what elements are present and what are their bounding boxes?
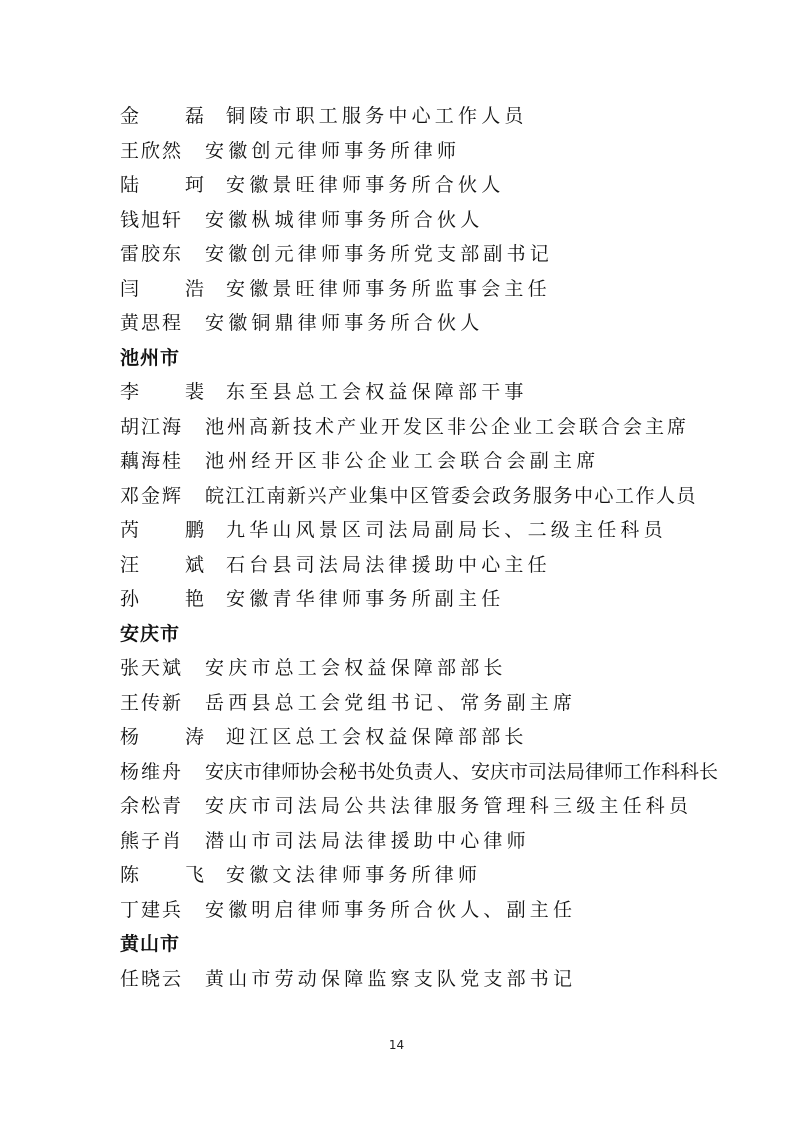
position-description: 石台县司法局法律援助中心主任 [226,548,551,583]
list-item: 黄思程安徽铜鼎律师事务所合伙人 [120,306,720,341]
position-description: 黄山市劳动保障监察支队党支部书记 [205,962,576,997]
person-name-char: 金 [120,99,140,134]
position-description: 岳西县总工会党组书记、常务副主席 [205,686,576,721]
position-description: 安徽枞城律师事务所合伙人 [205,203,483,238]
person-name-char: 孙 [120,582,140,617]
list-item: 丁建兵安徽明启律师事务所合伙人、副主任 [120,893,720,928]
position-description: 安徽明启律师事务所合伙人、副主任 [205,893,576,928]
list-item: 钱旭轩安徽枞城律师事务所合伙人 [120,203,720,238]
person-name: 杨维舟 [120,755,205,790]
person-name: 张天斌 [120,651,205,686]
position-description: 安徽景旺律师事务所监事会主任 [226,272,551,307]
person-name-char: 飞 [185,858,205,893]
list-item: 杨维舟安庆市律师协会秘书处负责人、安庆市司法局律师工作科科长 [120,755,720,790]
person-name-char: 涛 [185,720,205,755]
region-heading: 池州市 [120,341,720,376]
position-description: 安庆市司法局公共法律服务管理科三级主任科员 [205,789,692,824]
person-name-char: 闫 [120,272,140,307]
list-item: 陈飞安徽文法律师事务所律师 [120,858,720,893]
position-description: 安徽铜鼎律师事务所合伙人 [205,306,483,341]
position-description: 铜陵市职工服务中心工作人员 [226,99,528,134]
person-name: 王传新 [120,686,205,721]
person-name-char: 鹏 [185,513,205,548]
person-name: 邓金辉 [120,479,205,514]
person-name: 任晓云 [120,962,205,997]
list-item: 胡江海池州高新技术产业开发区非公企业工会联合会主席 [120,410,720,445]
person-name-char: 芮 [120,513,140,548]
position-description: 安徽景旺律师事务所合伙人 [226,168,504,203]
person-name: 陆珂 [120,168,226,203]
person-name: 余松青 [120,789,205,824]
person-name: 闫浩 [120,272,226,307]
list-item: 熊子肖潜山市司法局法律援助中心律师 [120,824,720,859]
position-description: 安庆市总工会权益保障部部长 [205,651,507,686]
position-description: 安徽文法律师事务所律师 [226,858,481,893]
list-item: 闫浩安徽景旺律师事务所监事会主任 [120,272,720,307]
list-item: 陆珂安徽景旺律师事务所合伙人 [120,168,720,203]
position-description: 迎江区总工会权益保障部部长 [226,720,528,755]
list-item: 余松青安庆市司法局公共法律服务管理科三级主任科员 [120,789,720,824]
person-name: 杨涛 [120,720,226,755]
list-item: 孙艳安徽青华律师事务所副主任 [120,582,720,617]
list-item: 藕海桂池州经开区非公企业工会联合会副主席 [120,444,720,479]
person-name: 陈飞 [120,858,226,893]
position-description: 安徽创元律师事务所律师 [205,134,460,169]
list-item: 金磊铜陵市职工服务中心工作人员 [120,99,720,134]
person-name-char: 斌 [185,548,205,583]
position-description: 池州经开区非公企业工会联合会副主席 [205,444,599,479]
person-name-char: 浩 [185,272,205,307]
person-name-char: 李 [120,375,140,410]
person-name: 汪斌 [120,548,226,583]
position-description: 安庆市律师协会秘书处负责人、安庆市司法局律师工作科科长 [205,755,718,790]
position-description: 皖江江南新兴产业集中区管委会政务服务中心工作人员 [205,479,697,514]
person-name: 钱旭轩 [120,203,205,238]
list-item: 王传新岳西县总工会党组书记、常务副主席 [120,686,720,721]
person-name: 胡江海 [120,410,205,445]
region-heading: 黄山市 [120,927,720,962]
document-page: 金磊铜陵市职工服务中心工作人员王欣然安徽创元律师事务所律师陆珂安徽景旺律师事务所… [0,0,793,1122]
person-name-char: 陆 [120,168,140,203]
page-number: 14 [0,1038,793,1052]
person-name: 丁建兵 [120,893,205,928]
person-name-char: 艳 [185,582,205,617]
position-description: 潜山市司法局法律援助中心律师 [205,824,530,859]
person-name: 孙艳 [120,582,226,617]
person-name: 王欣然 [120,134,205,169]
list-item: 邓金辉皖江江南新兴产业集中区管委会政务服务中心工作人员 [120,479,720,514]
position-description: 东至县总工会权益保障部干事 [226,375,528,410]
position-description: 安徽青华律师事务所副主任 [226,582,504,617]
person-name: 李裴 [120,375,226,410]
person-name: 熊子肖 [120,824,205,859]
person-name: 金磊 [120,99,226,134]
list-item: 张天斌安庆市总工会权益保障部部长 [120,651,720,686]
person-name-char: 汪 [120,548,140,583]
person-name: 雷胶东 [120,237,205,272]
position-description: 池州高新技术产业开发区非公企业工会联合会主席 [205,410,689,445]
list-item: 汪斌石台县司法局法律援助中心主任 [120,548,720,583]
list-item: 雷胶东安徽创元律师事务所党支部副书记 [120,237,720,272]
list-item: 李裴东至县总工会权益保障部干事 [120,375,720,410]
region-heading: 安庆市 [120,617,720,652]
person-name-char: 陈 [120,858,140,893]
list-item: 芮鹏九华山风景区司法局副局长、二级主任科员 [120,513,720,548]
person-name-char: 杨 [120,720,140,755]
person-name: 芮鹏 [120,513,226,548]
person-name: 黄思程 [120,306,205,341]
person-name: 藕海桂 [120,444,205,479]
person-name-char: 磊 [185,99,205,134]
person-name-char: 裴 [185,375,205,410]
list-item: 任晓云黄山市劳动保障监察支队党支部书记 [120,962,720,997]
position-description: 安徽创元律师事务所党支部副书记 [205,237,553,272]
position-description: 九华山风景区司法局副局长、二级主任科员 [226,513,667,548]
list-item: 王欣然安徽创元律师事务所律师 [120,134,720,169]
list-item: 杨涛迎江区总工会权益保障部部长 [120,720,720,755]
member-list: 金磊铜陵市职工服务中心工作人员王欣然安徽创元律师事务所律师陆珂安徽景旺律师事务所… [120,99,720,996]
person-name-char: 珂 [185,168,205,203]
